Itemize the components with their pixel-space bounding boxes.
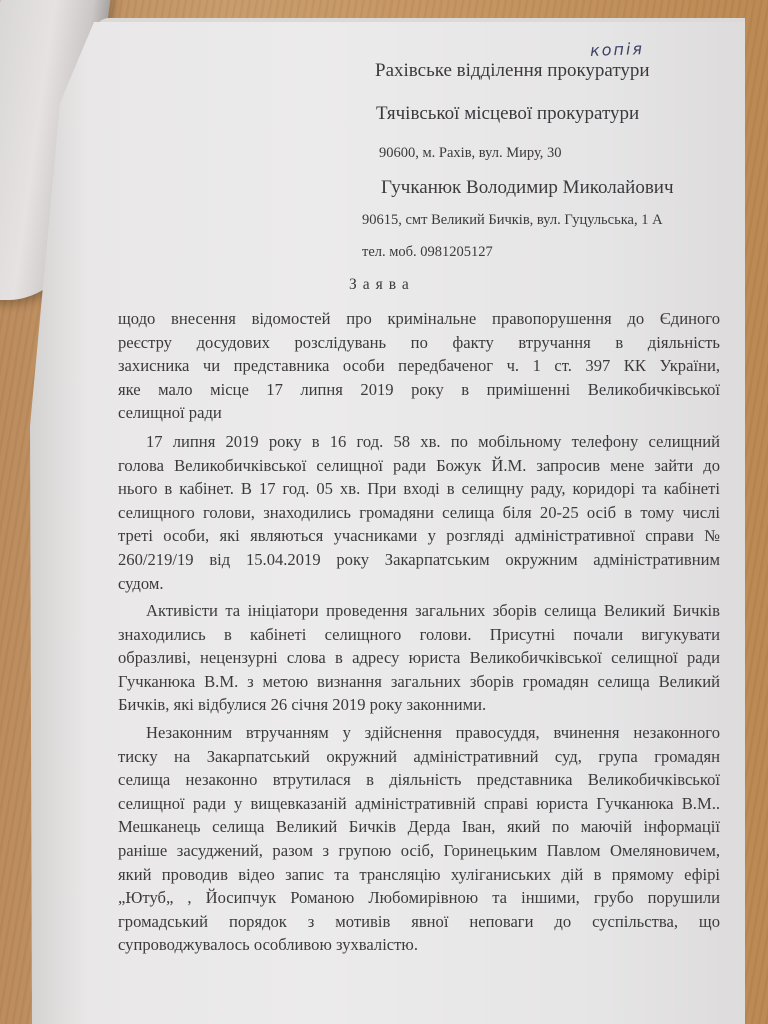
paragraph-line: нього в кабінет. В 17 год. 05 хв. При вх… (118, 477, 720, 501)
paragraph-line: супроводжувалось особливою зухвалістю. (118, 933, 720, 957)
paragraph-line: треті особи, які являються учасниками у … (118, 524, 720, 548)
paragraph-line: Гучканюка В.М. з метою визнання загальни… (118, 670, 720, 694)
sender-address: 90615, смт Великий Бичків, вул. Гуцульсь… (362, 212, 663, 229)
copy-stamp: копія (590, 39, 645, 60)
subject-line: селищної ради (118, 401, 720, 425)
paragraph-line: Незаконним втручанням у здійснення право… (118, 721, 720, 745)
recipient-line-2: Тячівської місцевої прокуратури (376, 103, 639, 125)
paragraph-line: 17 липня 2019 року в 16 год. 58 хв. по м… (118, 430, 720, 454)
paragraph-3: Незаконним втручанням у здійснення право… (118, 721, 720, 957)
recipient-line-1: Рахівське відділення прокуратури (375, 60, 650, 82)
paragraph-line: Мешканець селища Великий Бичків Дерда Ів… (118, 815, 720, 839)
paragraph-line: образливі, нецензурні слова в адресу юри… (118, 646, 720, 670)
paragraph-line: раніше засуджений, разом з групою осіб, … (118, 839, 720, 863)
paragraph-line: який проводив відео запис та трансляцію … (118, 863, 720, 887)
paragraph-line: знаходились в кабінеті селищного голови.… (118, 623, 720, 647)
paragraph-line: селищної ради у вищевказаній адміністрат… (118, 792, 720, 816)
subject-line: реєстру досудових розслідувань по факту … (118, 331, 720, 355)
subject-block: щодо внесення відомостей про кримінальне… (118, 307, 720, 425)
subject-line: захисника чи представника особи передбач… (118, 354, 720, 378)
paragraph-line: Активісти та ініціатори проведення загал… (118, 599, 720, 623)
paragraph-1: 17 липня 2019 року в 16 год. 58 хв. по м… (118, 430, 720, 595)
paragraph-line: селища незаконно втрутилася в діяльність… (118, 768, 720, 792)
subject-line: щодо внесення відомостей про кримінальне… (118, 307, 720, 331)
sender-name: Гучканюк Володимир Миколайович (381, 177, 674, 199)
sender-phone: тел. моб. 0981205127 (362, 244, 493, 261)
paragraph-line: судом. (118, 572, 720, 596)
paragraph-line: голова Великобичківської селищної ради Б… (118, 454, 720, 478)
paragraph-line: „Ютуб„ , Йосипчук Романою Любомирівною т… (118, 886, 720, 910)
recipient-address: 90600, м. Рахів, вул. Миру, 30 (379, 145, 562, 162)
document-title: Заява (349, 276, 415, 294)
paragraph-line: Бичків, які відбулися 26 січня 2019 року… (118, 693, 720, 717)
paragraph-line: тиску на Закарпатський окружний адмініст… (118, 745, 720, 769)
paragraph-line: громадський порядок з мотивів явної непо… (118, 910, 720, 934)
paragraph-line: селищного голови, знаходились громадяни … (118, 501, 720, 525)
subject-line: яке мало місце 17 липня 2019 року в прим… (118, 378, 720, 402)
paragraph-line: 260/219/19 від 15.04.2019 року Закарпатс… (118, 548, 720, 572)
paragraph-2: Активісти та ініціатори проведення загал… (118, 599, 720, 717)
